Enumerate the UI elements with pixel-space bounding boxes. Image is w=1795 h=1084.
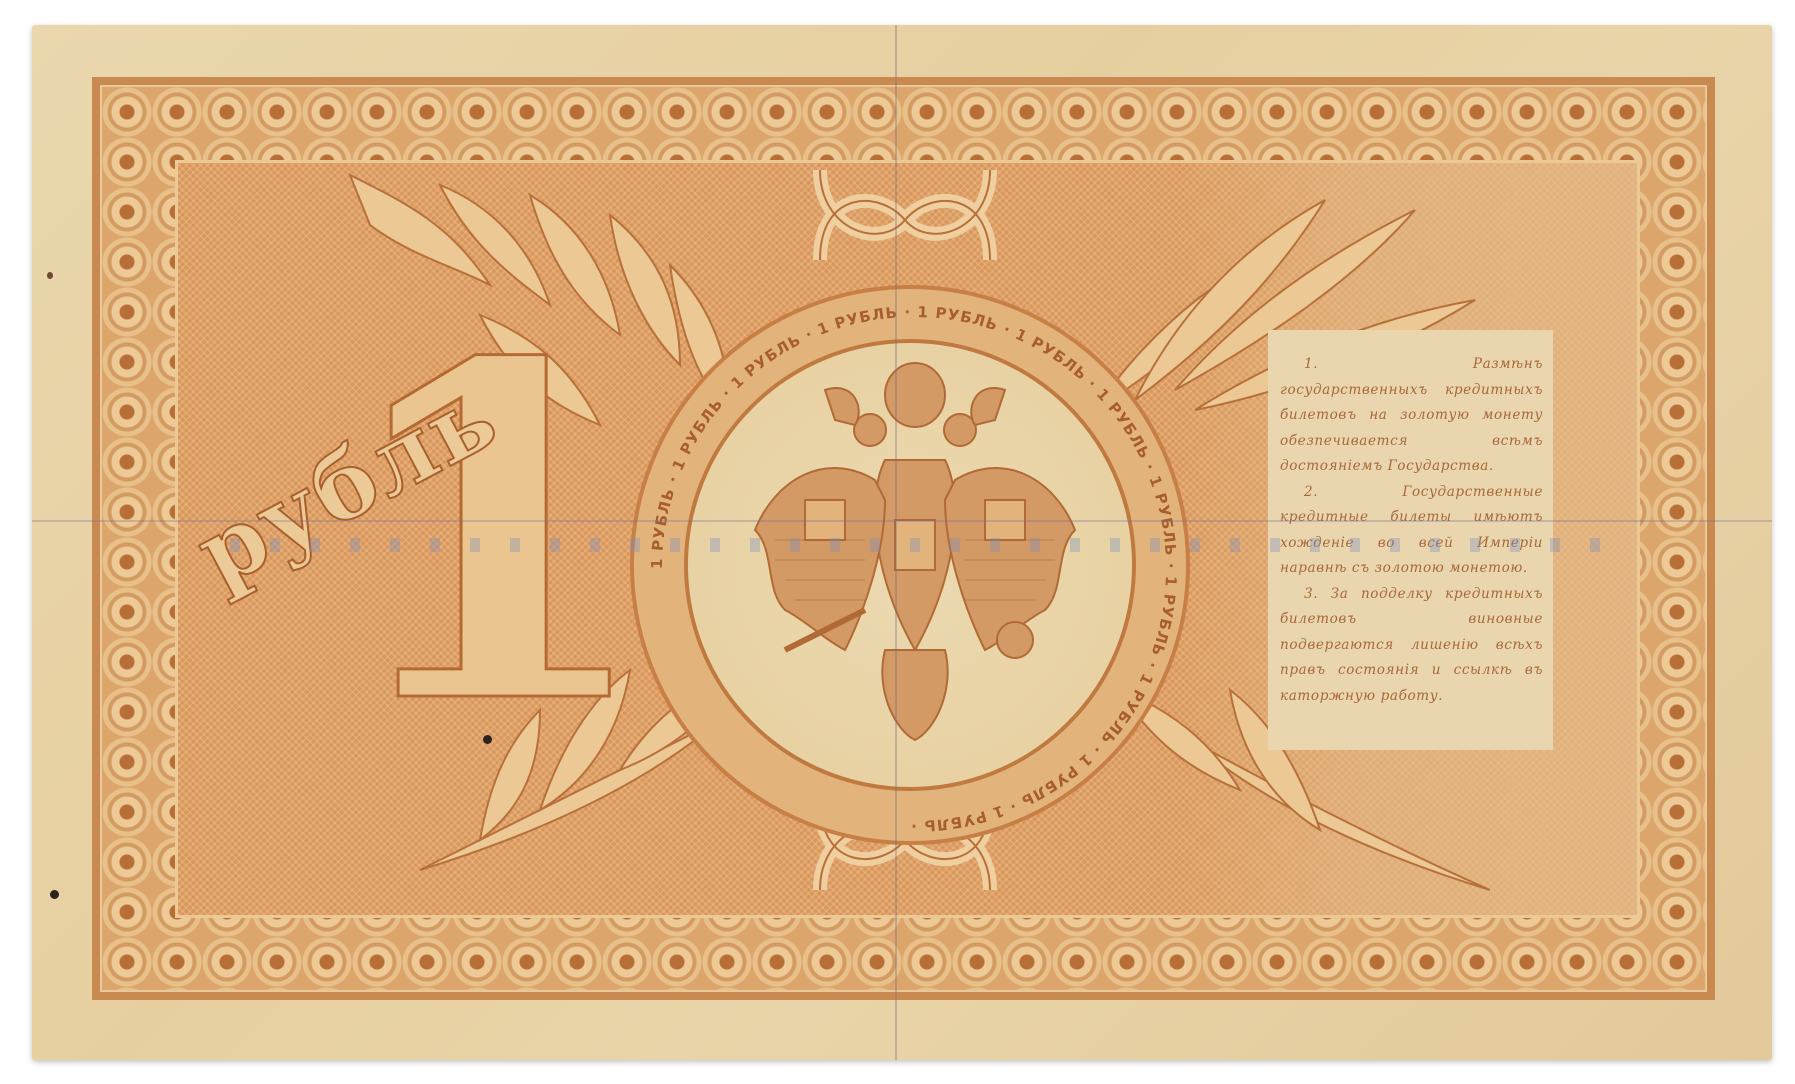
pin-hole [483, 735, 492, 744]
legal-clause-2: 2. Государственные кредитные билеты имѣю… [1280, 480, 1543, 582]
legal-clause-3: 3. За подделку кредитныхъ билетовъ винов… [1280, 582, 1543, 710]
ink-smudge-line [230, 538, 1600, 552]
ornamental-knot-top-icon [780, 150, 1030, 270]
pin-hole [50, 890, 59, 899]
pin-hole [47, 272, 53, 279]
horizontal-fold-crease [32, 520, 1772, 522]
denomination-numeral: 1 [335, 305, 655, 765]
legal-clause-1: 1. Размѣнъ государственныхъ кредитныхъ б… [1280, 352, 1543, 480]
